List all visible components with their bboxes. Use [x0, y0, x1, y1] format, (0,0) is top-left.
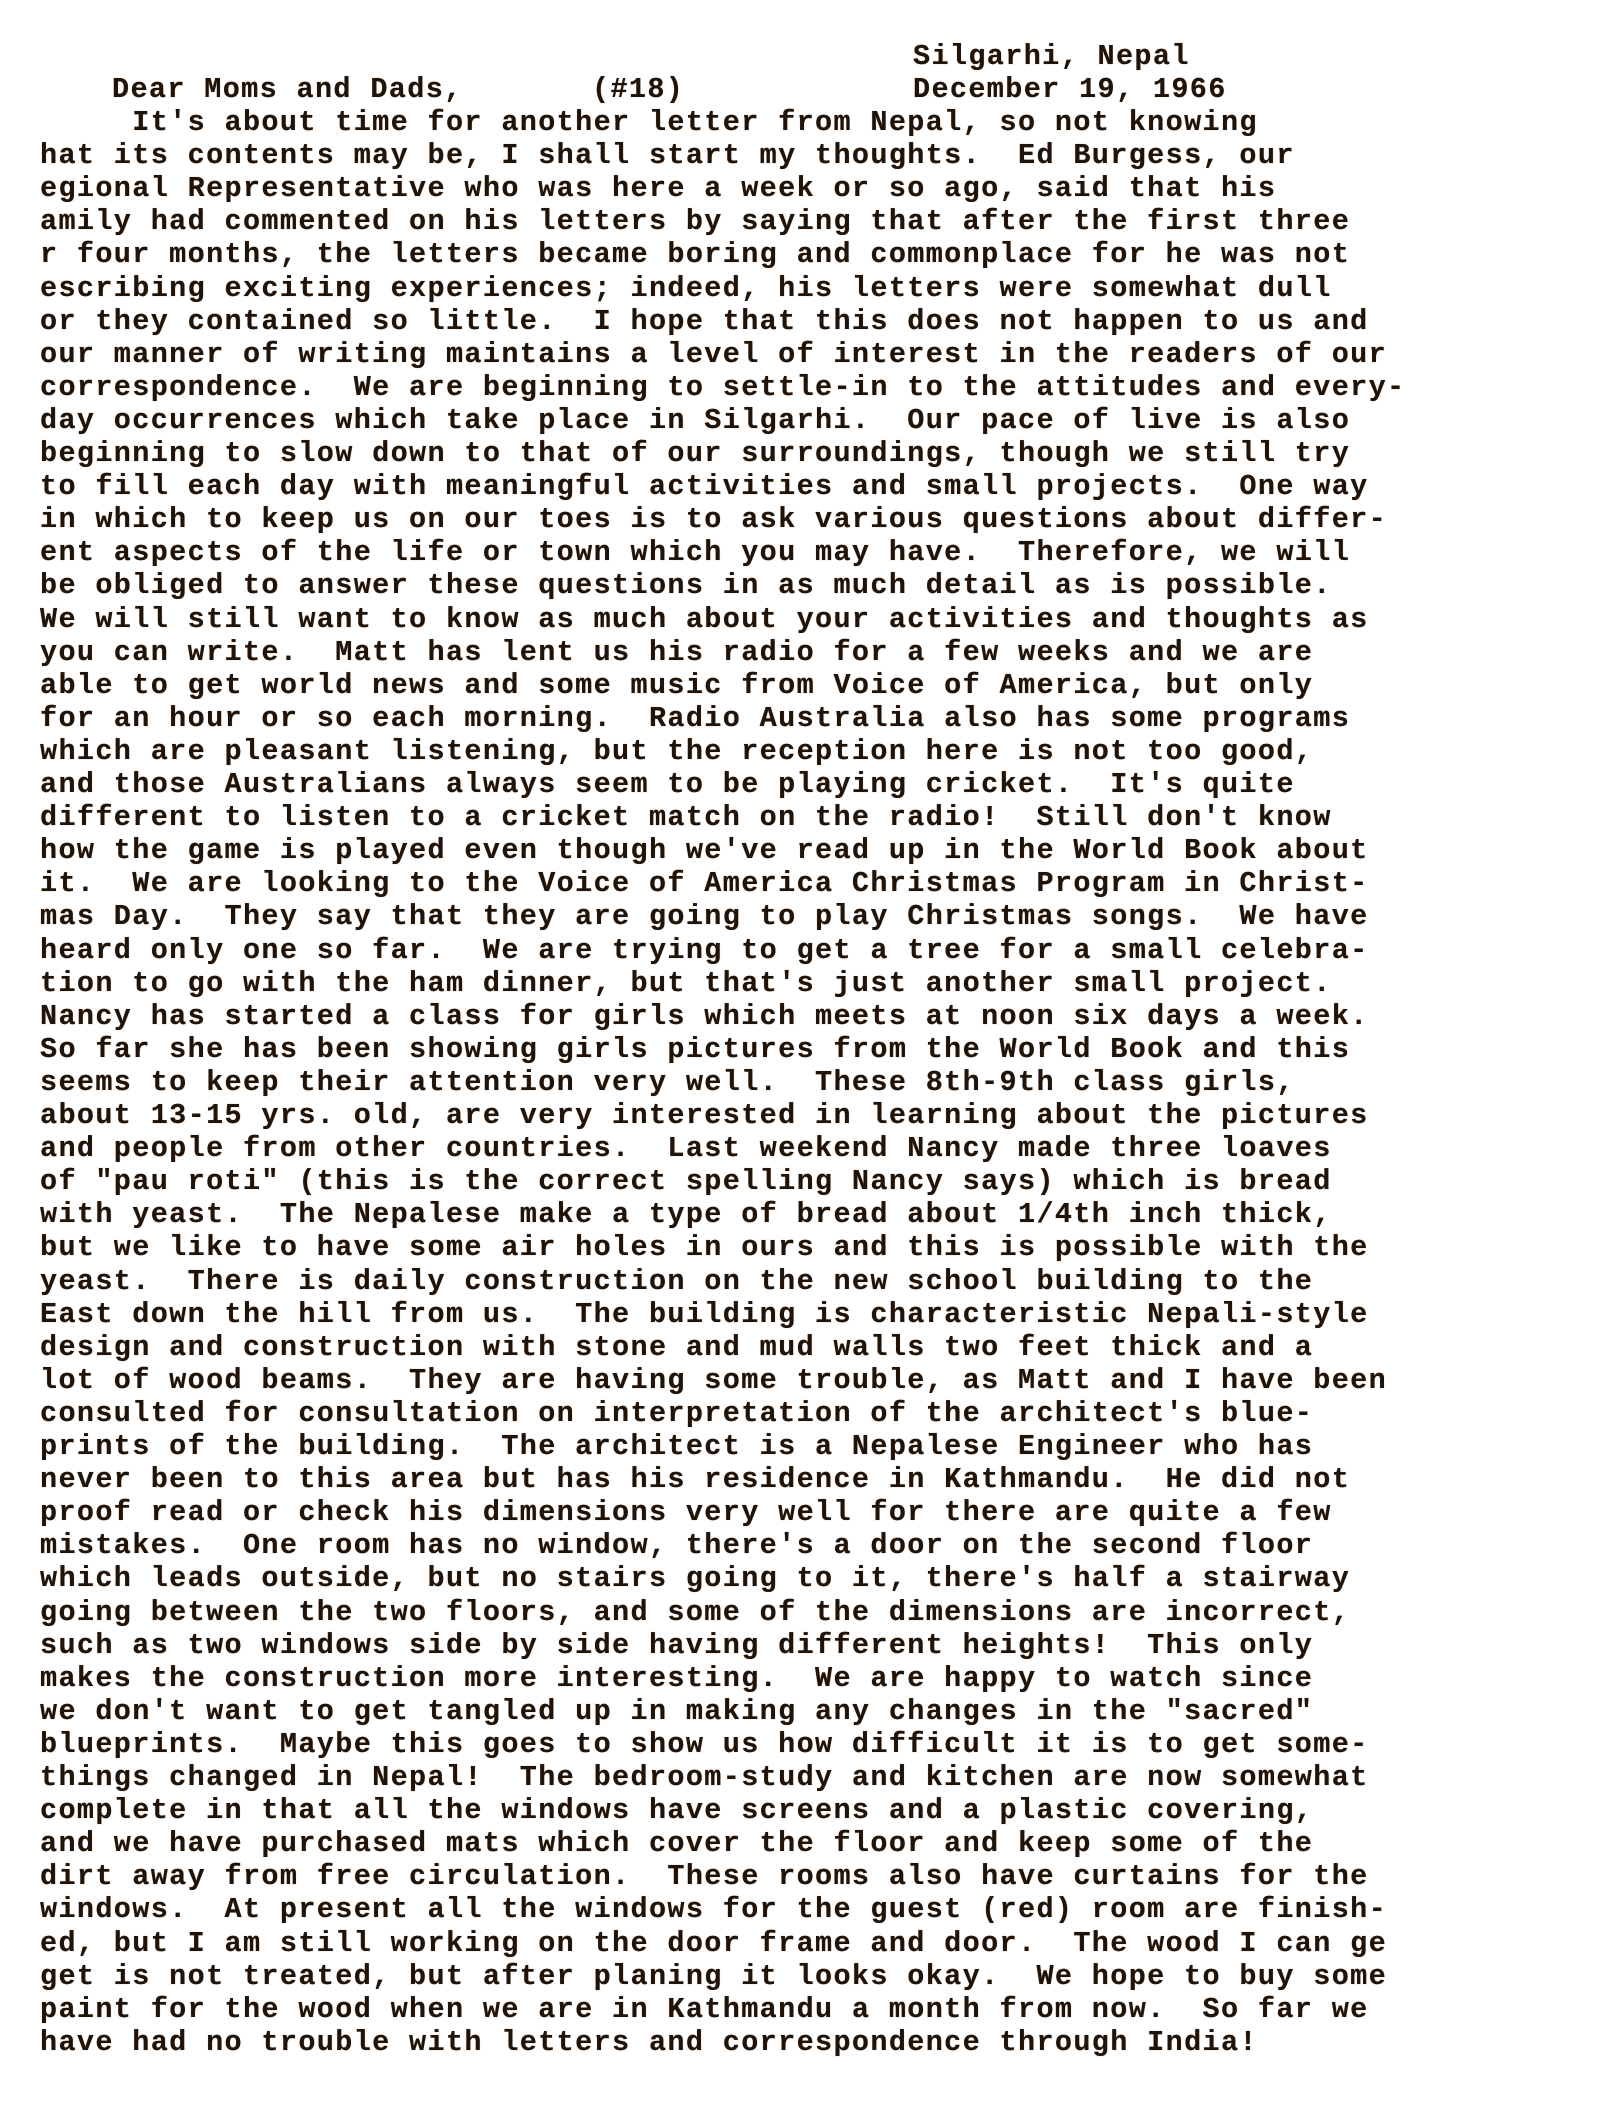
- letter-line: mas Day. They say that they are going to…: [40, 900, 1369, 933]
- letter-line: Nancy has started a class for girls whic…: [40, 1000, 1369, 1033]
- letter-line: heard only one so far. We are trying to …: [40, 934, 1369, 967]
- letter-line: going between the two floors, and some o…: [40, 1596, 1350, 1629]
- letter-line: it. We are looking to the Voice of Ameri…: [40, 867, 1369, 900]
- letter-line: things changed in Nepal! The bedroom-stu…: [40, 1761, 1369, 1794]
- letter-line: dirt away from free circulation. These r…: [40, 1860, 1369, 1893]
- letter-line: or they contained so little. I hope that…: [40, 305, 1369, 338]
- letter-line: It's about time for another letter from …: [40, 106, 1258, 139]
- letter-line: ent aspects of the life or town which yo…: [40, 536, 1350, 569]
- letter-line: different to listen to a cricket match o…: [40, 801, 1332, 834]
- letter-line: yeast. There is daily construction on th…: [40, 1265, 1313, 1298]
- letter-line: in which to keep us on our toes is to as…: [40, 503, 1387, 536]
- letter-line: be obliged to answer these questions in …: [40, 569, 1332, 602]
- letter-line: paint for the wood when we are in Kathma…: [40, 1993, 1369, 2026]
- letter-line: of "pau roti" (this is the correct spell…: [40, 1165, 1332, 1198]
- letter-line: seems to keep their attention very well.…: [40, 1066, 1295, 1099]
- letter-line: ed, but I am still working on the door f…: [40, 1927, 1387, 1960]
- letter-line: able to get world news and some music fr…: [40, 669, 1313, 702]
- letter-line: with yeast. The Nepalese make a type of …: [40, 1198, 1332, 1231]
- letter-line: tion to go with the ham dinner, but that…: [40, 967, 1332, 1000]
- letter-line: never been to this area but has his resi…: [40, 1463, 1350, 1496]
- letter-line: prints of the building. The architect is…: [40, 1430, 1313, 1463]
- letter-page: Silgarhi, Nepal Dear Moms and Dads, (#18…: [0, 0, 1607, 2111]
- letter-place: Silgarhi, Nepal: [913, 40, 1190, 73]
- letter-line: complete in that all the windows have sc…: [40, 1794, 1313, 1827]
- letter-line: lot of wood beams. They are having some …: [40, 1364, 1387, 1397]
- letter-line: which leads outside, but no stairs going…: [40, 1562, 1350, 1595]
- letter-line: such as two windows side by side having …: [40, 1629, 1313, 1662]
- letter-date: December 19, 1966: [913, 73, 1227, 106]
- letter-line: to fill each day with meaningful activit…: [40, 470, 1369, 503]
- letter-line: and people from other countries. Last we…: [40, 1132, 1332, 1165]
- letter-line: design and construction with stone and m…: [40, 1331, 1313, 1364]
- letter-line: which are pleasant listening, but the re…: [40, 735, 1313, 768]
- letter-line: blueprints. Maybe this goes to show us h…: [40, 1728, 1369, 1761]
- letter-line: and those Australians always seem to be …: [40, 768, 1295, 801]
- letter-line: r four months, the letters became boring…: [40, 238, 1350, 271]
- letter-line: you can write. Matt has lent us his radi…: [40, 636, 1313, 669]
- letter-line: day occurrences which take place in Silg…: [40, 404, 1350, 437]
- letter-line: escribing exciting experiences; indeed, …: [40, 272, 1332, 305]
- letter-line: amily had commented on his letters by sa…: [40, 205, 1350, 238]
- letter-line: for an hour or so each morning. Radio Au…: [40, 702, 1350, 735]
- letter-line: have had no trouble with letters and cor…: [40, 2026, 1258, 2059]
- letter-line: hat its contents may be, I shall start m…: [40, 139, 1295, 172]
- letter-line: how the game is played even though we've…: [40, 834, 1369, 867]
- letter-line: our manner of writing maintains a level …: [40, 338, 1387, 371]
- letter-number: (#18): [592, 73, 684, 106]
- letter-line: proof read or check his dimensions very …: [40, 1496, 1332, 1529]
- letter-line: mistakes. One room has no window, there'…: [40, 1529, 1313, 1562]
- letter-line: So far she has been showing girls pictur…: [40, 1033, 1350, 1066]
- letter-line: but we like to have some air holes in ou…: [40, 1231, 1369, 1264]
- letter-line: we don't want to get tangled up in makin…: [40, 1695, 1313, 1728]
- letter-line: correspondence. We are beginning to sett…: [40, 371, 1406, 404]
- letter-line: makes the construction more interesting.…: [40, 1662, 1313, 1695]
- letter-line: egional Representative who was here a we…: [40, 172, 1276, 205]
- letter-line: beginning to slow down to that of our su…: [40, 437, 1350, 470]
- letter-line: We will still want to know as much about…: [40, 603, 1369, 636]
- letter-line: windows. At present all the windows for …: [40, 1893, 1387, 1926]
- letter-line: East down the hill from us. The building…: [40, 1298, 1369, 1331]
- letter-line: and we have purchased mats which cover t…: [40, 1827, 1313, 1860]
- letter-salutation: Dear Moms and Dads,: [112, 73, 463, 106]
- letter-line: get is not treated, but after planing it…: [40, 1960, 1387, 1993]
- letter-line: about 13-15 yrs. old, are very intereste…: [40, 1099, 1369, 1132]
- letter-line: consulted for consultation on interpreta…: [40, 1397, 1313, 1430]
